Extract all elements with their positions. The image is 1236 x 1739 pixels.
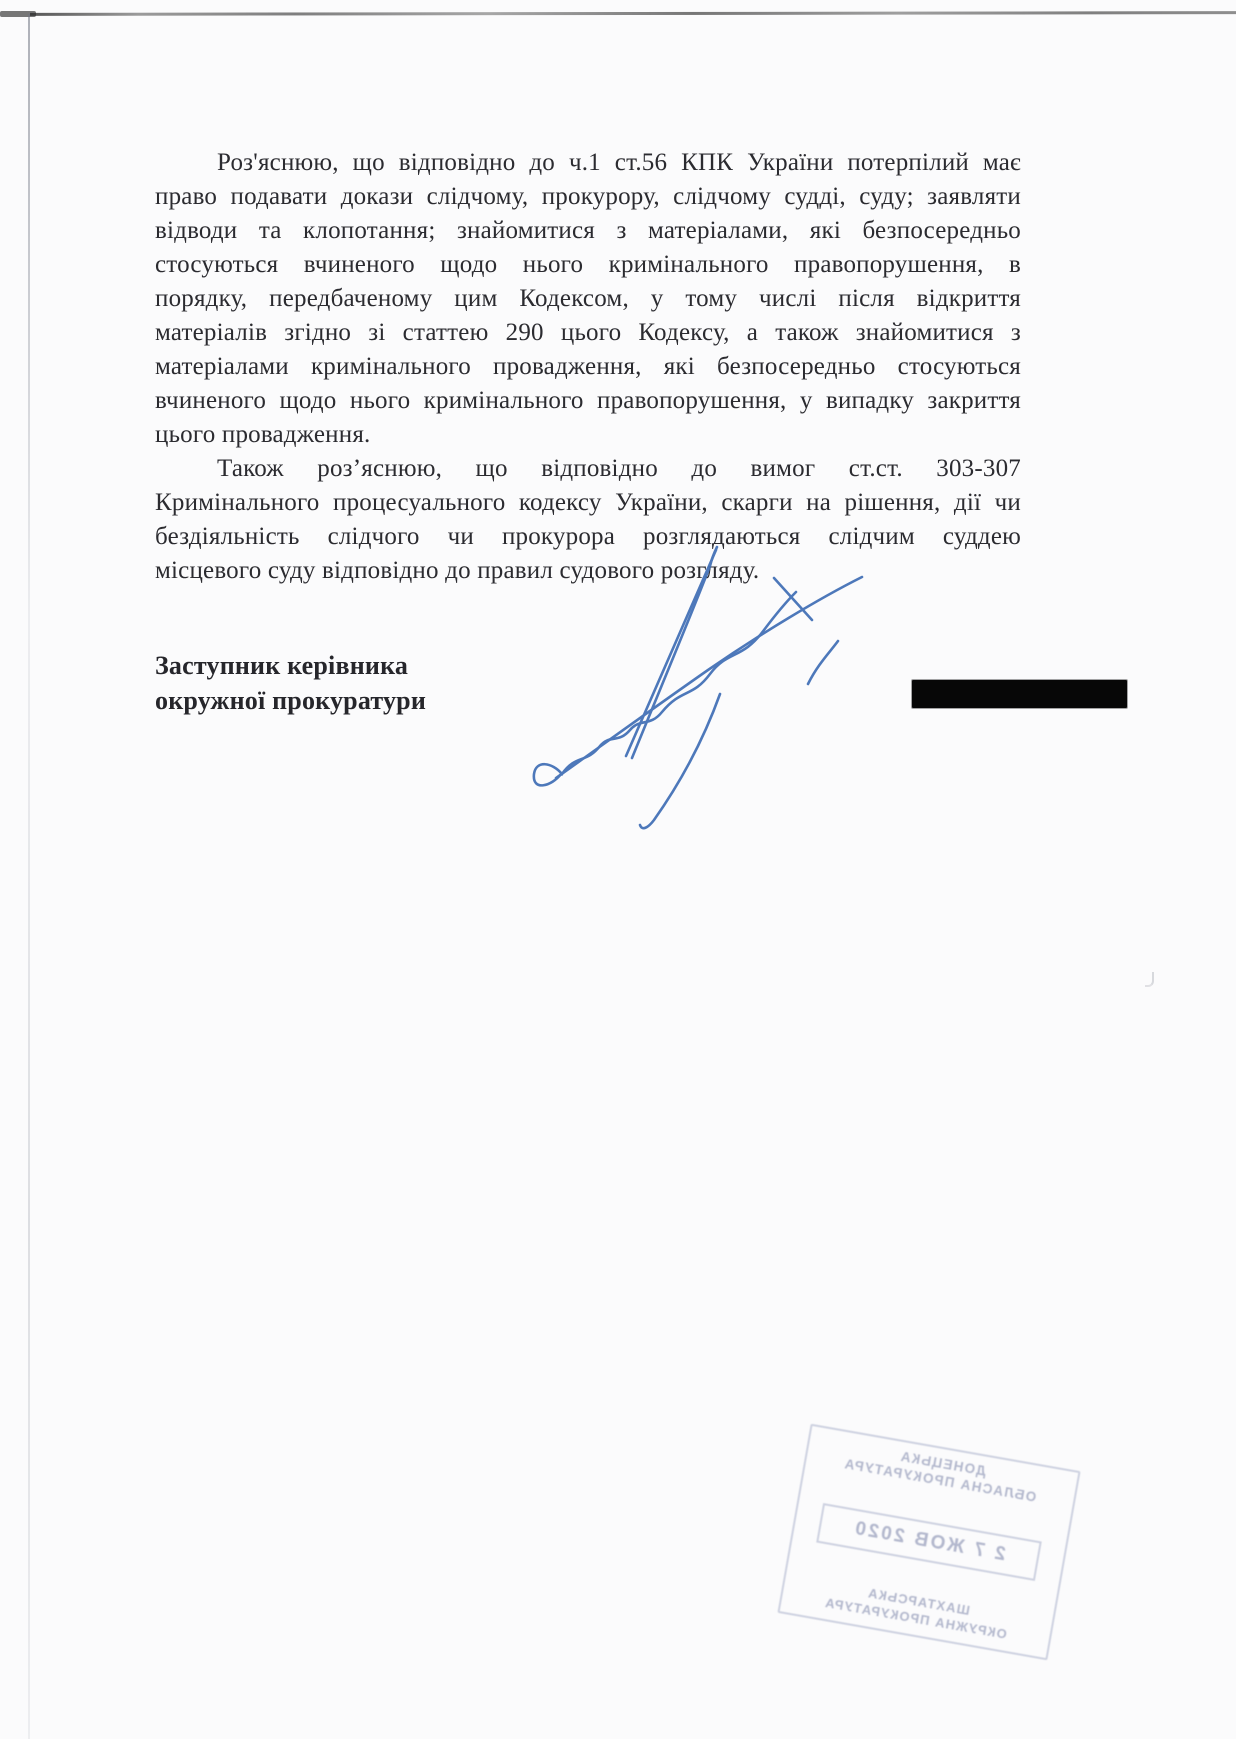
stamp-border: ДОНЕЦЬКА ОБЛАСНА ПРОКУРАТУРА 2 7 ЖОВ 202…	[777, 1424, 1080, 1661]
scan-edge-top-line	[30, 11, 1236, 16]
handwritten-signature-ink	[440, 522, 920, 832]
text-line: цього провадження.	[155, 418, 1021, 452]
scanned-document-page: { "document": { "paragraph1": { "lines":…	[0, 0, 1236, 1739]
scan-artifact-blob	[0, 11, 36, 17]
signatory-title-line1: Заступник керівника	[155, 648, 426, 683]
signatory-title-line2: окружної прокуратури	[155, 683, 426, 718]
stamp-date-box: 2 7 ЖОВ 2020	[817, 1503, 1042, 1581]
stamp-header-text: ДОНЕЦЬКА ОБЛАСНА ПРОКУРАТУРА	[842, 1439, 1040, 1506]
text-line: матеріалів згідно зі статтею 290 цього К…	[155, 316, 1021, 350]
text-line: стосуються вчиненого щодо нього кримінал…	[155, 248, 1021, 282]
scan-edge-left-line	[28, 14, 30, 1739]
text-line: порядку, передбаченому цим Кодексом, у т…	[155, 282, 1021, 316]
text-line: право подавати докази слідчому, прокурор…	[155, 180, 1021, 214]
text-line: відводи та клопотання; знайомитися з мат…	[155, 214, 1021, 248]
text-line: матеріалами кримінального провадження, я…	[155, 350, 1021, 384]
stamp-bleedthrough: ДОНЕЦЬКА ОБЛАСНА ПРОКУРАТУРА 2 7 ЖОВ 202…	[777, 1424, 1080, 1661]
signatory-title-block: Заступник керівника окружної прокуратури	[155, 648, 426, 718]
text-line: Роз'яснюю, що відповідно до ч.1 ст.56 КП…	[155, 146, 1021, 180]
text-line: Також роз’яснюю, що відповідно до вимог …	[155, 452, 1021, 486]
paragraph-rights-explanation: Роз'яснюю, що відповідно до ч.1 ст.56 КП…	[155, 146, 1021, 452]
text-line: Кримінального процесуального кодексу Укр…	[155, 486, 1021, 520]
redaction-box	[912, 680, 1127, 708]
text-line: вчиненого щодо нього кримінального право…	[155, 384, 1021, 418]
stamp-footer-text: ШАХТАРСЬКА ОКРУЖНА ПРОКУРАТУРА	[823, 1578, 1011, 1643]
scan-speck	[1145, 972, 1154, 987]
